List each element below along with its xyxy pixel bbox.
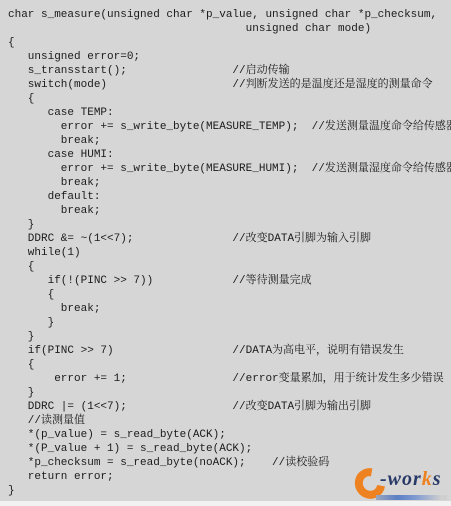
code-line: if(PINC >> 7) //DATA为高电平，说明有错误发生 <box>8 344 451 358</box>
code-line: { <box>8 36 451 50</box>
code-line: *(p_value) = s_read_byte(ACK); <box>8 428 451 442</box>
code-line: break; <box>8 204 451 218</box>
code-line: while(1) <box>8 246 451 260</box>
code-line: case TEMP: <box>8 106 451 120</box>
code-screenshot-page: { "page": { "background": "#d6d6d6", "te… <box>0 0 451 506</box>
code-line: { <box>8 260 451 274</box>
code-line: break; <box>8 176 451 190</box>
code-line: } <box>8 386 451 400</box>
code-line: case HUMI: <box>8 148 451 162</box>
code-line: error += s_write_byte(MEASURE_HUMI); //发… <box>8 162 451 176</box>
code-line: char s_measure(unsigned char *p_value, u… <box>8 8 451 22</box>
code-line: break; <box>8 302 451 316</box>
code-line: s_transstart(); //启动传输 <box>8 64 451 78</box>
code-line: DDRC &= ~(1<<7); //改变DATA引脚为输入引脚 <box>8 232 451 246</box>
code-line: DDRC |= (1<<7); //改变DATA引脚为输出引脚 <box>8 400 451 414</box>
code-block: char s_measure(unsigned char *p_value, u… <box>0 0 451 498</box>
eworks-logo-bar <box>376 495 447 500</box>
code-line: if(!(PINC >> 7)) //等待测量完成 <box>8 274 451 288</box>
code-line: { <box>8 288 451 302</box>
code-line: { <box>8 358 451 372</box>
code-line: unsigned char mode) <box>8 22 451 36</box>
code-line: switch(mode) //判断发送的是温度还是湿度的测量命令 <box>8 78 451 92</box>
code-line: } <box>8 218 451 232</box>
code-line: default: <box>8 190 451 204</box>
code-line: { <box>8 92 451 106</box>
eworks-logo-text: -works <box>380 465 442 493</box>
code-line: error += s_write_byte(MEASURE_TEMP); //发… <box>8 120 451 134</box>
code-line: break; <box>8 134 451 148</box>
eworks-logo-text-pre: -wor <box>380 468 422 490</box>
code-line: } <box>8 316 451 330</box>
code-line: } <box>8 330 451 344</box>
code-line: *(P_value + 1) = s_read_byte(ACK); <box>8 442 451 456</box>
eworks-logo-text-post: s <box>433 468 442 490</box>
code-line: error += 1; //error变量累加，用于统计发生多少错误 <box>8 372 451 386</box>
eworks-watermark: -works <box>355 465 449 503</box>
eworks-logo-text-k: k <box>422 468 433 490</box>
code-line: //读测量值 <box>8 414 451 428</box>
code-line: unsigned error=0; <box>8 50 451 64</box>
